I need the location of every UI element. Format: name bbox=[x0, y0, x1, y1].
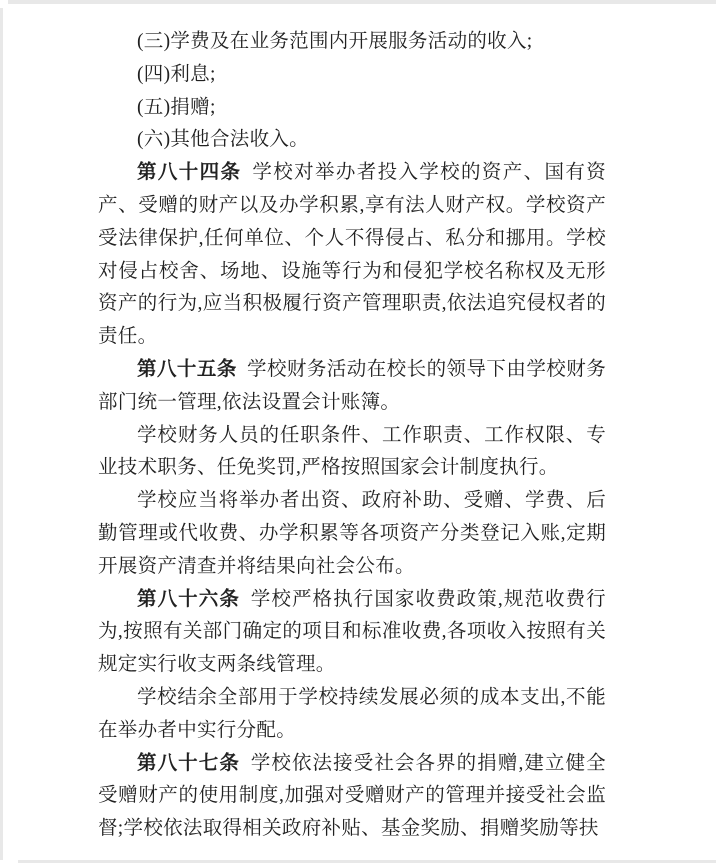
text-paragraph: 学校财务人员的任职条件、工作职责、工作权限、专业技术职务、任免奖罚,严格按照国家… bbox=[98, 420, 606, 486]
article-number: 第八十五条 bbox=[137, 359, 237, 380]
text-paragraph: 学校应当将举办者出资、政府补助、受赠、学费、后勤管理或代收费、办学积累等各项资产… bbox=[98, 485, 606, 583]
page-edge-top bbox=[8, 0, 716, 4]
article-paragraph: 第八十五条 学校财务活动在校长的领导下由学校财务部门统一管理,依法设置会计账簿。 bbox=[98, 354, 606, 420]
page-edge-bottom bbox=[18, 860, 716, 863]
article-number: 第八十七条 bbox=[137, 753, 240, 774]
page-edge-left bbox=[0, 8, 3, 860]
text-paragraph: (六)其他合法收入。 bbox=[98, 124, 606, 157]
article-paragraph: 第八十四条 学校对举办者投入学校的资产、国有资产、受赠的财产以及办学积累,享有法… bbox=[98, 157, 606, 354]
article-paragraph: 第八十六条 学校严格执行国家收费政策,规范收费行为,按照有关部门确定的项目和标准… bbox=[98, 584, 606, 682]
text-paragraph: 学校结余全部用于学校持续发展必须的成本支出,不能在举办者中实行分配。 bbox=[98, 682, 606, 748]
article-number: 第八十四条 bbox=[137, 162, 241, 183]
article-number: 第八十六条 bbox=[137, 589, 240, 610]
document-page: (三)学费及在业务范围内开展服务活动的收入;(四)利息;(五)捐赠;(六)其他合… bbox=[0, 0, 716, 868]
article-paragraph: 第八十七条 学校依法接受社会各界的捐赠,建立健全受赠财产的使用制度,加强对受赠财… bbox=[98, 748, 606, 846]
text-paragraph: (四)利息; bbox=[98, 59, 606, 92]
document-body: (三)学费及在业务范围内开展服务活动的收入;(四)利息;(五)捐赠;(六)其他合… bbox=[98, 26, 606, 846]
text-paragraph: (三)学费及在业务范围内开展服务活动的收入; bbox=[98, 26, 606, 59]
text-paragraph: (五)捐赠; bbox=[98, 92, 606, 125]
